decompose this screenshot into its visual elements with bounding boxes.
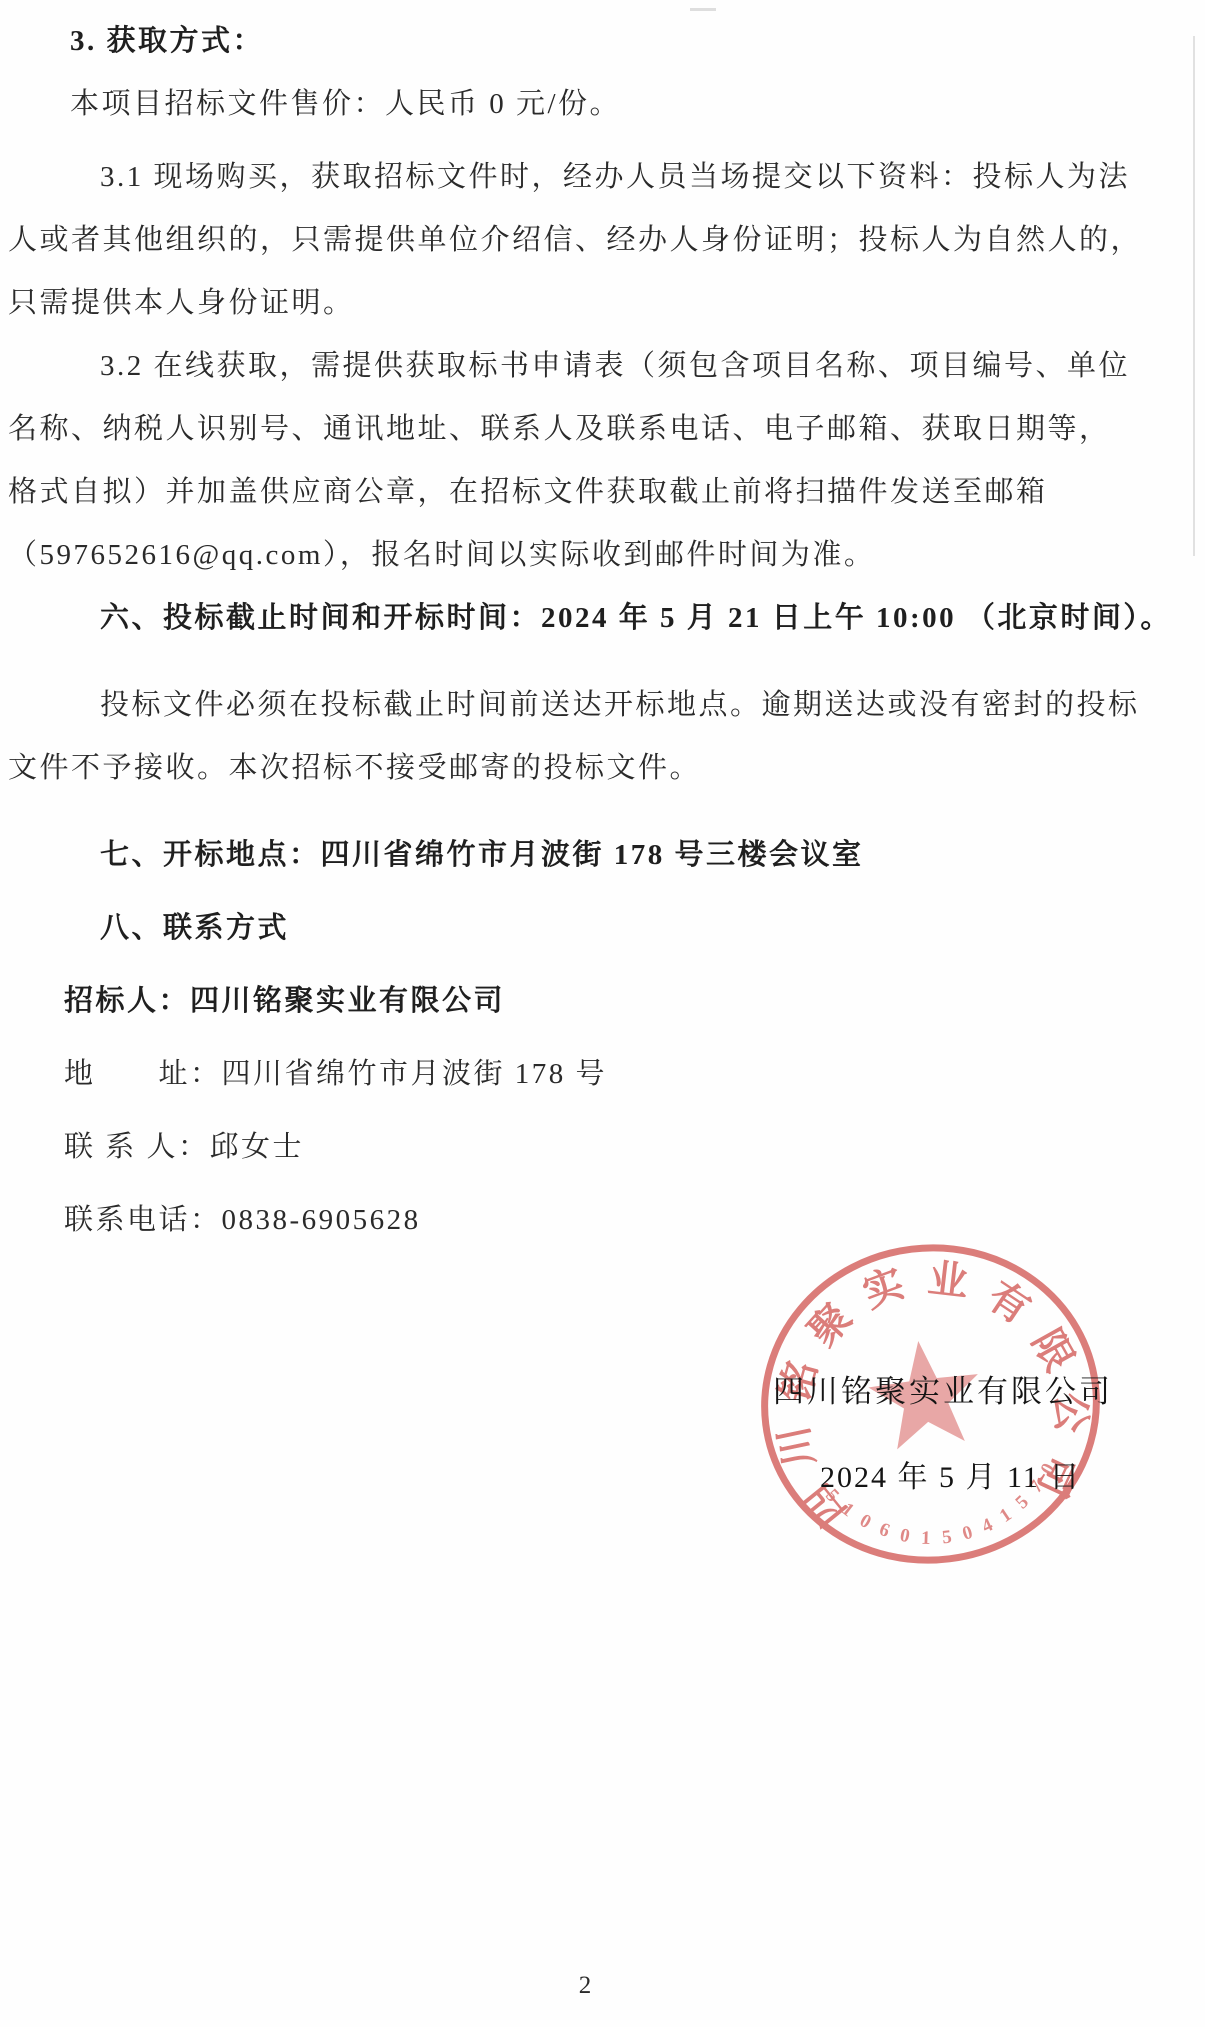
scan-artifact-line — [1193, 36, 1195, 556]
document-text-line: 3.1 现场购买，获取招标文件时，经办人员当场提交以下资料：投标人为法 — [100, 146, 1205, 209]
document-text-line: 八、联系方式 — [100, 897, 1205, 960]
page-number: 2 — [555, 1972, 615, 2000]
document-text-line: 招标人：四川铭聚实业有限公司 — [64, 970, 1205, 1033]
document-text-line: 人或者其他组织的，只需提供单位介绍信、经办人身份证明；投标人为自然人的， — [8, 209, 1205, 272]
document-text-line: 七、开标地点：四川省绵竹市月波街 178 号三楼会议室 — [100, 824, 1205, 887]
signature-date: 2024 年 5 月 11 日 — [820, 1452, 1081, 1496]
seal-serial-digit: 6 — [876, 1519, 892, 1542]
seal-ring-character: 有 — [980, 1273, 1038, 1333]
document-text-line: 3.2 在线获取，需提供获取标书申请表（须包含项目名称、项目编号、单位 — [100, 335, 1205, 398]
seal-serial-digit: 4 — [979, 1514, 997, 1537]
seal-serial-digit: 5 — [941, 1526, 953, 1548]
document-text-line: （597652616@qq.com），报名时间以实际收到邮件时间为准。 — [8, 524, 1205, 587]
document-text-line: 格式自拟）并加盖供应商公章，在招标文件获取截止前将扫描件发送至邮箱 — [8, 461, 1205, 524]
signature-company-name: 四川铭聚实业有限公司 — [773, 1366, 1113, 1411]
scan-artifact-mark — [690, 8, 716, 11]
seal-ring-character: 业 — [926, 1256, 971, 1305]
document-text-line: 名称、纳税人识别号、通讯地址、联系人及联系电话、电子邮箱、获取日期等， — [8, 398, 1205, 461]
seal-serial-digit: 0 — [898, 1525, 911, 1547]
document-text-line: 六、投标截止时间和开标时间：2024 年 5 月 21 日上午 10:00 （北… — [100, 587, 1205, 650]
seal-serial-digit: 0 — [960, 1522, 975, 1545]
document-text-line: 投标文件必须在投标截止时间前送达开标地点。逾期送达或没有密封的投标 — [100, 674, 1205, 737]
document-text-line: 联 系 人：邱女士 — [64, 1116, 1205, 1179]
document-text-line: 3. 获取方式： — [70, 10, 1205, 73]
document-page: 3. 获取方式：本项目招标文件售价：人民币 0 元/份。3.1 现场购买，获取招… — [0, 0, 1205, 2027]
seal-serial-digit: 1 — [996, 1504, 1016, 1527]
seal-serial-digit: 0 — [856, 1510, 874, 1533]
seal-serial-digit: 1 — [921, 1528, 931, 1549]
seal-ring-character: 实 — [857, 1260, 910, 1316]
document-text-line: 本项目招标文件售价：人民币 0 元/份。 — [70, 73, 1205, 136]
document-text-line: 地 址：四川省绵竹市月波街 178 号 — [64, 1043, 1205, 1106]
document-text-line: 文件不予接收。本次招标不接受邮寄的投标文件。 — [8, 737, 1205, 800]
document-text-line: 只需提供本人身份证明。 — [8, 272, 1205, 335]
document-body: 3. 获取方式：本项目招标文件售价：人民币 0 元/份。3.1 现场购买，获取招… — [0, 0, 1205, 1252]
seal-ring-character: 川 — [771, 1422, 823, 1470]
